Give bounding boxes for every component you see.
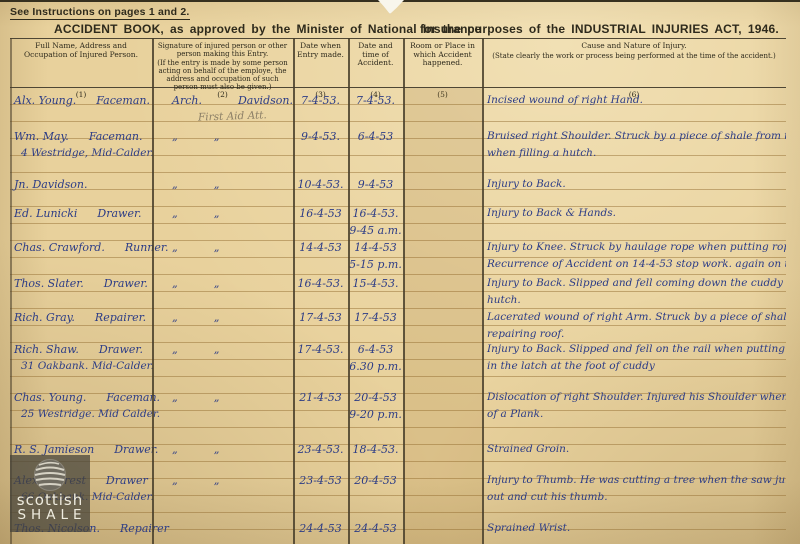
accident-date-cell: 20-4-53	[348, 472, 403, 515]
signature-last: Davidson.	[238, 92, 293, 109]
injured-person-address: 4 Westridge, Mid-Calder.	[14, 145, 152, 162]
accident-date-cell: 14-4-53 5-15 p.m.	[348, 239, 403, 273]
signature-first: „	[172, 341, 178, 358]
entry-date-cell: 9-4-53.	[293, 128, 348, 168]
signature-cell: „ „	[152, 128, 293, 168]
name-cell: Thos. Slater. Drawer.	[10, 275, 152, 309]
column-divider	[152, 38, 154, 544]
column-divider	[293, 38, 295, 544]
cause-cell: Injury to Back. Slipped and fell coming …	[482, 275, 786, 309]
column-heading: Room or Place in which Accident happened…	[406, 42, 479, 68]
accident-book-page: See Instructions on pages 1 and 2. ACCID…	[0, 0, 800, 544]
injured-person-name: Alx. Young.	[14, 92, 76, 109]
column-heading: Signature of injured person or other per…	[155, 42, 290, 58]
entry-date-cell: 24-4-53	[293, 520, 348, 544]
name-cell: Ed. Lunicki Drawer.	[10, 205, 152, 239]
signature-cell: Arch. Davidson. First Aid Att.	[152, 92, 293, 124]
cause-cell: Strained Groin.	[482, 441, 786, 465]
signature-cell: „ „	[152, 275, 293, 309]
injured-person-name: Thos. Slater.	[14, 275, 84, 292]
signature-last: „	[214, 341, 220, 358]
watermark: scottish SHALE	[10, 455, 90, 532]
signature-first: „	[172, 176, 178, 193]
column-divider	[482, 38, 484, 544]
injured-person-occupation: Faceman.	[89, 128, 143, 145]
accident-date-cell: 18-4-53.	[348, 441, 403, 465]
accident-date-cell: 16-4-53. 9-45 a.m.	[348, 205, 403, 239]
injured-person-occupation: Drawer.	[97, 205, 141, 222]
injured-person-name: Rich. Shaw.	[14, 341, 79, 358]
accident-date-cell: 6-4-53 6.30 p.m.	[348, 341, 403, 385]
cause-cell: Dislocation of right Shoulder. Injured h…	[482, 389, 786, 437]
accident-date-cell: 20-4-53 9-20 p.m.	[348, 389, 403, 437]
injured-person-occupation: Drawer.	[99, 341, 143, 358]
injured-person-name: Ed. Lunicki	[14, 205, 77, 222]
table-row: Chas. Crawford. Runner. „ „ 14-4-53 14-4…	[10, 234, 786, 270]
name-cell: Alx. Young. Faceman.	[10, 92, 152, 124]
column-heading: Date when Entry made.	[296, 42, 345, 59]
signature-last: „	[214, 472, 220, 489]
signature-first: Arch.	[172, 92, 202, 109]
name-cell: Wm. May. Faceman. 4 Westridge, Mid-Calde…	[10, 128, 152, 168]
entries: Alx. Young. Faceman. Arch. Davidson. Fir…	[10, 88, 786, 544]
room-column-shading	[404, 88, 482, 544]
cause-cell: Incised wound of right Hand.	[482, 92, 786, 124]
table-row: Ed. Lunicki Drawer. „ „ 16-4-53 16-4-53.…	[10, 200, 786, 234]
signature-last: „	[214, 176, 220, 193]
injured-person-address: 31 Oakbank. Mid-Calder.	[14, 358, 152, 375]
globe-icon	[32, 457, 68, 493]
column-subheading: (If the entry is made by some person act…	[155, 59, 290, 91]
cause-cell: Bruised right Shoulder. Struck by a piec…	[482, 128, 786, 168]
accident-date-cell: 9-4-53	[348, 176, 403, 200]
signature-cell: „ „	[152, 441, 293, 465]
entry-date-cell: 14-4-53	[293, 239, 348, 273]
table-row: Thos. Nicolson. Repairer 24-4-53 24-4-53…	[10, 515, 786, 544]
signature-last: „	[214, 389, 220, 406]
accident-date-cell: 7-4-53.	[348, 92, 403, 124]
signature-first: „	[172, 472, 178, 489]
entry-date-cell: 23-4-53.	[293, 441, 348, 465]
column-heading: Cause and Nature of Injury.	[581, 42, 686, 51]
document-title: ACCIDENT BOOK, as approved by the Minist…	[0, 21, 800, 38]
table-row: R. S. Jamieson Drawer. „ „ 23-4-53. 18-4…	[10, 437, 786, 465]
cause-cell: Sprained Wrist.	[482, 520, 786, 544]
accident-date-cell: 17-4-53	[348, 309, 403, 343]
signature-cell: „ „	[152, 239, 293, 273]
cause-cell: Injury to Back. Slipped and fell on the …	[482, 341, 786, 385]
accident-table: Full Name, Address and Occupation of Inj…	[10, 38, 786, 544]
signature-first: „	[172, 275, 178, 292]
table-row: Jn. Davidson. „ „ 10-4-53. 9-4-53 Injury…	[10, 168, 786, 200]
signature-last: „	[214, 275, 220, 292]
column-heading: Full Name, Address and Occupation of Inj…	[13, 42, 149, 59]
injured-person-name: Chas. Crawford.	[14, 239, 105, 256]
table-row: Rich. Shaw. Drawer. 31 Oakbank. Mid-Cald…	[10, 336, 786, 385]
signature-cell: „ „	[152, 176, 293, 200]
injured-person-occupation: Faceman.	[96, 92, 150, 109]
entry-date-cell: 17-4-53	[293, 309, 348, 343]
signature-cell: „ „	[152, 341, 293, 385]
signature-last: „	[214, 441, 220, 458]
pencil-note: First Aid Att.	[198, 107, 293, 125]
name-cell: Chas. Young. Faceman. 25 Westridge. Mid …	[10, 389, 152, 437]
table-row: Alx. Young. Faceman. Arch. Davidson. Fir…	[10, 88, 786, 122]
watermark-word2: SHALE	[17, 508, 86, 522]
column-heading: Date and time of Accident.	[351, 42, 400, 68]
injured-person-occupation: Drawer	[106, 472, 148, 489]
table-header-row: Full Name, Address and Occupation of Inj…	[10, 38, 786, 88]
signature-first: „	[172, 239, 178, 256]
signature-last: „	[214, 205, 220, 222]
column-subheading: (State clearly the work or process being…	[492, 52, 775, 60]
injured-person-address: 25 Westridge. Mid Calder.	[14, 406, 152, 423]
name-cell: Rich. Shaw. Drawer. 31 Oakbank. Mid-Cald…	[10, 341, 152, 385]
column-divider	[348, 38, 350, 544]
injured-person-name: Rich. Gray.	[14, 309, 75, 326]
injured-person-occupation: Drawer.	[104, 275, 148, 292]
document-title-right: for the purposes of the INDUSTRIAL INJUR…	[420, 22, 779, 36]
signature-cell: „ „	[152, 205, 293, 239]
pencil-note	[198, 518, 293, 521]
signature-last: „	[214, 309, 220, 326]
table-row: Alex. Forrest Drawer 66 Oakbank. Mid-Cal…	[10, 465, 786, 515]
cause-cell: Injury to Knee. Struck by haulage rope w…	[482, 239, 786, 273]
signature-last: „	[214, 239, 220, 256]
signature-cell: „ „	[152, 309, 293, 343]
signature-first: „	[172, 128, 178, 145]
instructions-text: See Instructions on pages 1 and 2.	[10, 6, 190, 20]
injured-person-name: Wm. May.	[14, 128, 69, 145]
signature-cell: „ „	[152, 389, 293, 437]
entry-date-cell: 7-4-53.	[293, 92, 348, 124]
table-row: Thos. Slater. Drawer. „ „ 16-4-53. 15-4-…	[10, 270, 786, 302]
signature-last: „	[214, 128, 220, 145]
signature-first: „	[172, 441, 178, 458]
document-title-left: ACCIDENT BOOK, as approved by the Minist…	[54, 22, 481, 36]
cause-cell: Lacerated wound of right Arm. Struck by …	[482, 309, 786, 343]
watermark-word1: scottish	[17, 493, 84, 507]
signature-cell: „ „	[152, 472, 293, 515]
signature-first: „	[172, 205, 178, 222]
table-row: Chas. Young. Faceman. 25 Westridge. Mid …	[10, 385, 786, 437]
entry-date-cell: 10-4-53.	[293, 176, 348, 200]
signature-first: „	[172, 309, 178, 326]
cause-cell: Injury to Thumb. He was cutting a tree w…	[482, 472, 786, 515]
signature-cell	[152, 520, 293, 544]
entry-date-cell: 17-4-53.	[293, 341, 348, 385]
injured-person-occupation: Repairer.	[95, 309, 146, 326]
signature-first: „	[172, 389, 178, 406]
accident-date-cell: 15-4-53.	[348, 275, 403, 309]
column-divider	[403, 38, 405, 544]
table-row: Wm. May. Faceman. 4 Westridge, Mid-Calde…	[10, 122, 786, 168]
entry-date-cell: 23-4-53	[293, 472, 348, 515]
entry-date-cell: 21-4-53	[293, 389, 348, 437]
name-cell: Chas. Crawford. Runner.	[10, 239, 152, 273]
entry-date-cell: 16-4-53.	[293, 275, 348, 309]
cause-cell: Injury to Back & Hands.	[482, 205, 786, 239]
injured-person-name: Jn. Davidson.	[14, 176, 88, 193]
name-cell: Jn. Davidson.	[10, 176, 152, 200]
name-cell: Rich. Gray. Repairer.	[10, 309, 152, 343]
entry-date-cell: 16-4-53	[293, 205, 348, 239]
cause-cell: Injury to Back.	[482, 176, 786, 200]
accident-date-cell: 6-4-53	[348, 128, 403, 168]
injured-person-name: Chas. Young.	[14, 389, 86, 406]
accident-date-cell: 24-4-53	[348, 520, 403, 544]
